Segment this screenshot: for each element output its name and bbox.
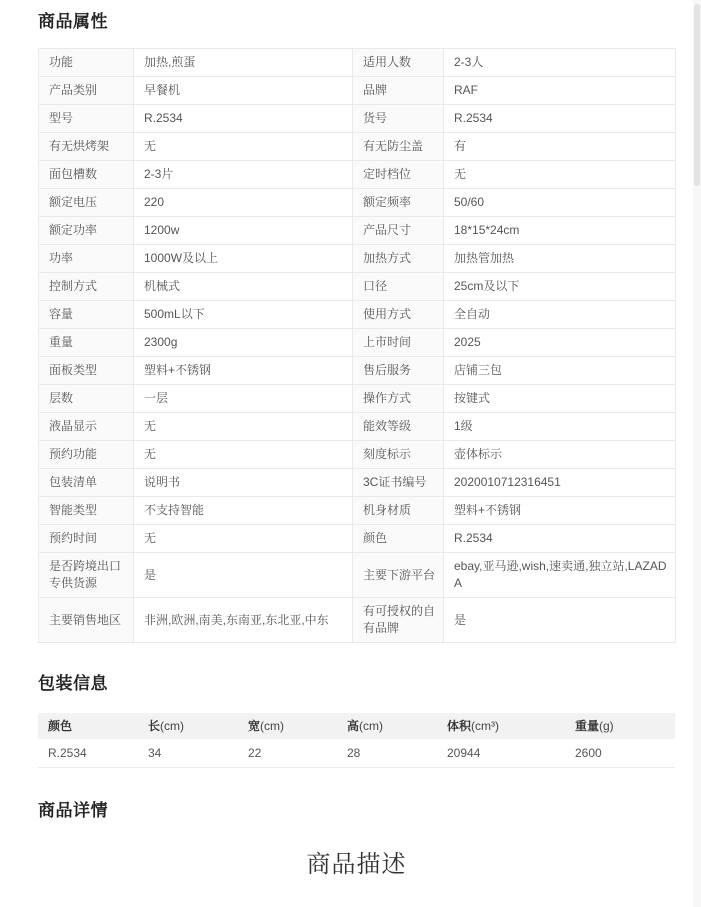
attribute-label: 货号: [353, 105, 444, 133]
attribute-value: 加热,煎蛋: [134, 49, 353, 77]
page-content: 商品属性 功能加热,煎蛋适用人数2-3人产品类别早餐机品牌RAF型号R.2534…: [38, 0, 675, 878]
packaging-cell: 2600: [565, 739, 675, 768]
packaging-cell: 28: [337, 739, 437, 768]
attribute-label: 额定频率: [353, 189, 444, 217]
attribute-value: 一层: [134, 385, 353, 413]
packaging-header-label: 重量: [575, 719, 599, 733]
attribute-label: 有无烘烤架: [39, 133, 134, 161]
attribute-value: 2020010712316451: [444, 469, 676, 497]
attribute-value: 1级: [444, 413, 676, 441]
section-title-packaging: 包装信息: [38, 675, 675, 693]
attributes-table: 功能加热,煎蛋适用人数2-3人产品类别早餐机品牌RAF型号R.2534货号R.2…: [38, 48, 676, 643]
packaging-header-label: 长: [148, 719, 160, 733]
packaging-cell: R.2534: [38, 739, 138, 768]
attribute-row: 功率1000W及以上加热方式加热管加热: [39, 245, 676, 273]
attribute-value: 220: [134, 189, 353, 217]
attribute-value: 说明书: [134, 469, 353, 497]
attribute-value: 无: [134, 525, 353, 553]
attribute-label: 机身材质: [353, 497, 444, 525]
attribute-row: 额定功率1200w产品尺寸18*15*24cm: [39, 217, 676, 245]
packaging-cell: 22: [238, 739, 337, 768]
attribute-value: 是: [444, 598, 676, 643]
attribute-label: 是否跨境出口专供货源: [39, 553, 134, 598]
attribute-row: 容量500mL以下使用方式全自动: [39, 301, 676, 329]
packaging-header-cell: 重量(g): [565, 713, 675, 739]
packaging-header-cell: 高(cm): [337, 713, 437, 739]
attribute-value: 按键式: [444, 385, 676, 413]
attribute-row: 层数一层操作方式按键式: [39, 385, 676, 413]
attribute-label: 颜色: [353, 525, 444, 553]
attribute-label: 面板类型: [39, 357, 134, 385]
attribute-value: 18*15*24cm: [444, 217, 676, 245]
section-title-attributes: 商品属性: [38, 13, 675, 31]
packaging-header-cell: 颜色: [38, 713, 138, 739]
attribute-value: 全自动: [444, 301, 676, 329]
attribute-label: 上市时间: [353, 329, 444, 357]
packaging-data-row: R.2534342228209442600: [38, 739, 675, 768]
attribute-value: 1200w: [134, 217, 353, 245]
attribute-label: 能效等级: [353, 413, 444, 441]
attribute-value: 加热管加热: [444, 245, 676, 273]
attribute-label: 主要销售地区: [39, 598, 134, 643]
attribute-value: 500mL以下: [134, 301, 353, 329]
attribute-label: 有无防尘盖: [353, 133, 444, 161]
attribute-label: 预约时间: [39, 525, 134, 553]
packaging-cell: 20944: [437, 739, 565, 768]
attribute-label: 智能类型: [39, 497, 134, 525]
scrollbar-thumb[interactable]: [694, 4, 700, 186]
attribute-value: R.2534: [134, 105, 353, 133]
attribute-value: 是: [134, 553, 353, 598]
attribute-row: 控制方式机械式口径25cm及以下: [39, 273, 676, 301]
packaging-header-unit: (cm): [359, 719, 383, 733]
attribute-value: 非洲,欧洲,南美,东南亚,东北亚,中东: [134, 598, 353, 643]
attribute-label: 控制方式: [39, 273, 134, 301]
attribute-row: 是否跨境出口专供货源是主要下游平台ebay,亚马逊,wish,速卖通,独立站,L…: [39, 553, 676, 598]
attribute-row: 预约功能无刻度标示壶体标示: [39, 441, 676, 469]
attribute-label: 容量: [39, 301, 134, 329]
attribute-value: 无: [444, 161, 676, 189]
attribute-value: 塑料+不锈钢: [134, 357, 353, 385]
attribute-label: 功能: [39, 49, 134, 77]
attribute-value: 塑料+不锈钢: [444, 497, 676, 525]
attribute-value: 无: [134, 413, 353, 441]
packaging-header-cell: 体积(cm³): [437, 713, 565, 739]
attribute-label: 产品尺寸: [353, 217, 444, 245]
attribute-label: 刻度标示: [353, 441, 444, 469]
attribute-label: 产品类别: [39, 77, 134, 105]
packaging-header-unit: (cm): [260, 719, 284, 733]
attribute-value: 无: [134, 441, 353, 469]
attribute-label: 层数: [39, 385, 134, 413]
packaging-header-label: 高: [347, 719, 359, 733]
attribute-value: R.2534: [444, 525, 676, 553]
attribute-value: 早餐机: [134, 77, 353, 105]
attribute-label: 液晶显示: [39, 413, 134, 441]
attribute-label: 主要下游平台: [353, 553, 444, 598]
packaging-header-unit: (cm): [160, 719, 184, 733]
attribute-row: 重量2300g上市时间2025: [39, 329, 676, 357]
attribute-row: 液晶显示无能效等级1级: [39, 413, 676, 441]
attribute-value: 店铺三包: [444, 357, 676, 385]
packaging-header-unit: (cm³): [471, 719, 499, 733]
attribute-value: 50/60: [444, 189, 676, 217]
product-description-heading: 商品描述: [38, 852, 675, 878]
attribute-value: 有: [444, 133, 676, 161]
attribute-label: 预约功能: [39, 441, 134, 469]
packaging-header-cell: 宽(cm): [238, 713, 337, 739]
attribute-label: 定时档位: [353, 161, 444, 189]
packaging-cell: 34: [138, 739, 238, 768]
attribute-row: 产品类别早餐机品牌RAF: [39, 77, 676, 105]
attribute-label: 包装清单: [39, 469, 134, 497]
attribute-value: 25cm及以下: [444, 273, 676, 301]
attributes-table-body: 功能加热,煎蛋适用人数2-3人产品类别早餐机品牌RAF型号R.2534货号R.2…: [39, 49, 676, 643]
attribute-value: 1000W及以上: [134, 245, 353, 273]
attribute-row: 面板类型塑料+不锈钢售后服务店铺三包: [39, 357, 676, 385]
packaging-header-label: 体积: [447, 719, 471, 733]
attribute-label: 操作方式: [353, 385, 444, 413]
attribute-label: 功率: [39, 245, 134, 273]
attribute-label: 适用人数: [353, 49, 444, 77]
attribute-label: 加热方式: [353, 245, 444, 273]
attribute-row: 功能加热,煎蛋适用人数2-3人: [39, 49, 676, 77]
attribute-label: 品牌: [353, 77, 444, 105]
attribute-row: 智能类型不支持智能机身材质塑料+不锈钢: [39, 497, 676, 525]
attribute-value: 2-3片: [134, 161, 353, 189]
attribute-value: 机械式: [134, 273, 353, 301]
attribute-row: 主要销售地区非洲,欧洲,南美,东南亚,东北亚,中东有可授权的自有品牌是: [39, 598, 676, 643]
packaging-header-unit: (g): [599, 719, 614, 733]
attribute-value: R.2534: [444, 105, 676, 133]
attribute-row: 有无烘烤架无有无防尘盖有: [39, 133, 676, 161]
packaging-header-cell: 长(cm): [138, 713, 238, 739]
attribute-value: 无: [134, 133, 353, 161]
attribute-label: 使用方式: [353, 301, 444, 329]
attribute-value: RAF: [444, 77, 676, 105]
attribute-label: 重量: [39, 329, 134, 357]
attribute-label: 有可授权的自有品牌: [353, 598, 444, 643]
attribute-value: ebay,亚马逊,wish,速卖通,独立站,LAZADA: [444, 553, 676, 598]
attribute-value: 2-3人: [444, 49, 676, 77]
attribute-value: 2025: [444, 329, 676, 357]
attribute-row: 预约时间无颜色R.2534: [39, 525, 676, 553]
attribute-value: 不支持智能: [134, 497, 353, 525]
attribute-row: 额定电压220额定频率50/60: [39, 189, 676, 217]
attribute-label: 型号: [39, 105, 134, 133]
attribute-label: 3C证书编号: [353, 469, 444, 497]
attribute-label: 额定电压: [39, 189, 134, 217]
attribute-label: 售后服务: [353, 357, 444, 385]
attribute-row: 型号R.2534货号R.2534: [39, 105, 676, 133]
packaging-table: 颜色长(cm)宽(cm)高(cm)体积(cm³)重量(g) R.25343422…: [38, 713, 675, 768]
packaging-header-label: 宽: [248, 719, 260, 733]
packaging-header-row: 颜色长(cm)宽(cm)高(cm)体积(cm³)重量(g): [38, 713, 675, 739]
attribute-label: 额定功率: [39, 217, 134, 245]
attribute-value: 2300g: [134, 329, 353, 357]
attribute-label: 面包槽数: [39, 161, 134, 189]
attribute-row: 面包槽数2-3片定时档位无: [39, 161, 676, 189]
packaging-header-label: 颜色: [48, 719, 72, 733]
attribute-label: 口径: [353, 273, 444, 301]
section-title-detail: 商品详情: [38, 802, 675, 820]
attribute-value: 壶体标示: [444, 441, 676, 469]
scrollbar-track[interactable]: [693, 0, 701, 907]
attribute-row: 包装清单说明书3C证书编号2020010712316451: [39, 469, 676, 497]
